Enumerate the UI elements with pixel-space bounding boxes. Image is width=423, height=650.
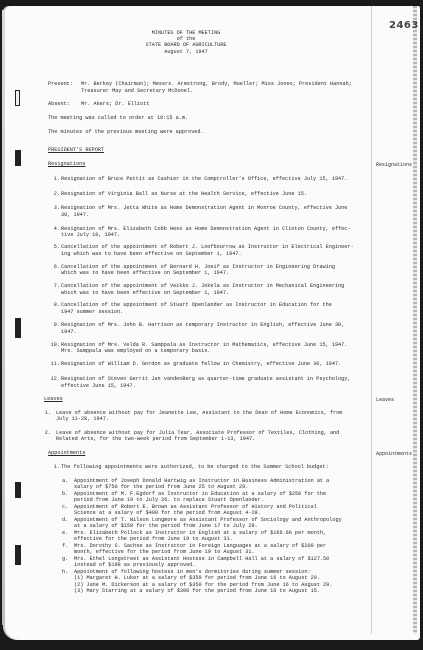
leaves-margin-note: Leaves	[376, 397, 394, 403]
appointments-intro: The following appointments were authoriz…	[61, 464, 329, 470]
minutes-approved: The minutes of the previous meeting were…	[48, 129, 204, 135]
resignations-margin-note: Resignations	[376, 162, 412, 168]
punch-hole-mark	[15, 482, 21, 498]
appointments-margin-note: Appointments	[376, 451, 412, 457]
called-to-order: The meeting was called to order at 10:15…	[48, 115, 188, 121]
appointments-heading: Appointments	[48, 450, 85, 456]
punch-hole-mark	[15, 318, 21, 338]
appointments-intro-number: 1.	[46, 464, 60, 470]
present-label: Present:	[48, 81, 73, 87]
absent-value: Mr. Akers; Dr. Elliott	[81, 101, 150, 107]
absent-label: Absent:	[48, 101, 70, 107]
punch-hole-mark	[15, 150, 21, 166]
punch-hole-mark	[15, 545, 21, 565]
punch-hole-mark	[15, 90, 20, 106]
leaves-heading: Leaves	[44, 396, 63, 402]
page-binding-edge	[2, 10, 5, 625]
header-date: August 7, 1947	[0, 49, 372, 55]
presidents-report-title: PRESIDENT'S REPORT	[48, 147, 104, 153]
page-number: 2463	[389, 20, 419, 31]
document-header: MINUTES OF THE MEETING of the STATE BOAR…	[0, 30, 372, 55]
page-stack-edge	[413, 6, 417, 634]
margin-rule	[371, 6, 372, 634]
present-line-1: Mr. Berkey (Chairman); Messrs. Armstrong…	[81, 81, 352, 87]
resignations-heading: Resignations	[48, 161, 85, 167]
present-line-2: Treasurer May and Secretary McDonel.	[81, 88, 193, 94]
